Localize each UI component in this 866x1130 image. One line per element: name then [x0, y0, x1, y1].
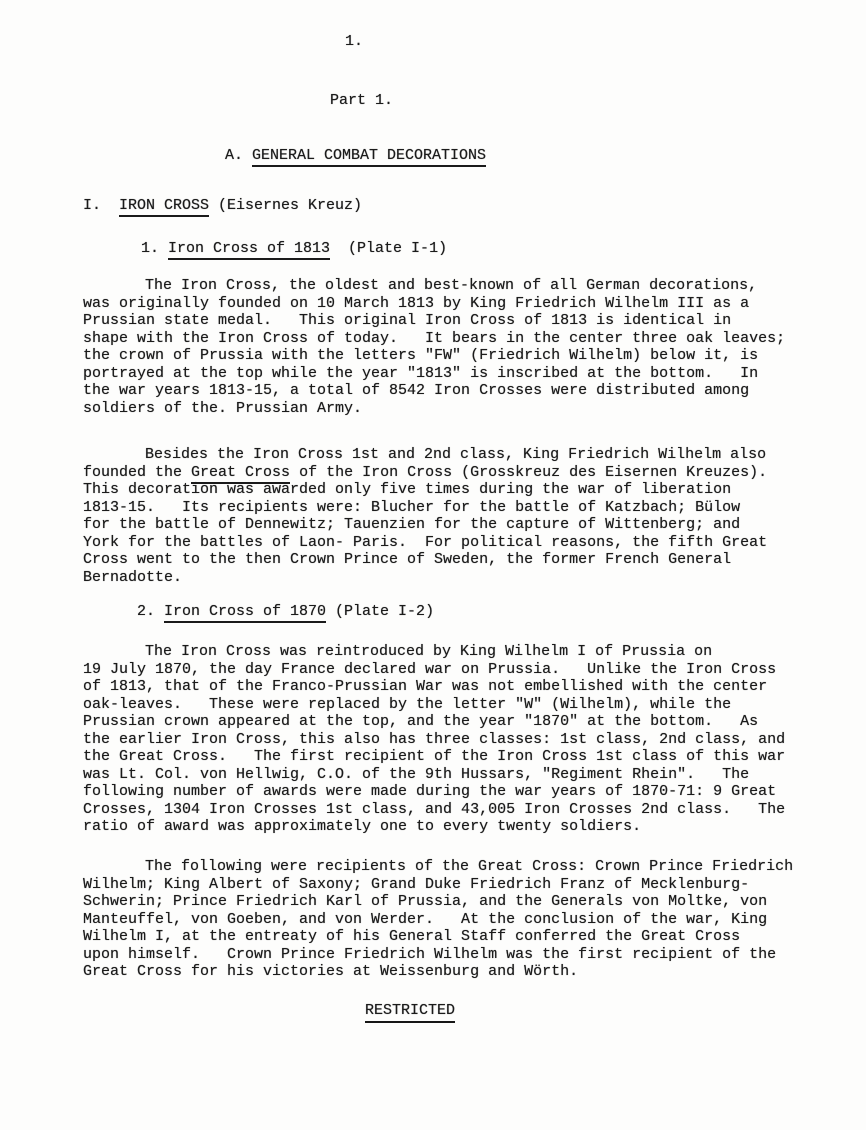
classification-marking: RESTRICTED: [365, 1002, 866, 1020]
page-number: 1.: [345, 33, 866, 51]
paragraph-great-cross: Besides the Iron Cross 1st and 2nd class…: [83, 446, 798, 586]
section-heading-title: GENERAL COMBAT DECORATIONS: [252, 147, 486, 167]
paragraph-iron-cross-1870: The Iron Cross was reintroduced by King …: [83, 643, 798, 836]
part-title: Part 1.: [330, 92, 866, 110]
subsection-1813-prefix: 1.: [141, 240, 168, 257]
topic-heading: I. IRON CROSS (Eisernes Kreuz): [83, 197, 866, 215]
document-page: 1. Part 1. A. GENERAL COMBAT DECORATIONS…: [0, 0, 866, 1130]
subsection-heading-1870: 2. Iron Cross of 1870 (Plate I-2): [137, 603, 866, 621]
paragraph-great-cross-recipients: The following were recipients of the Gre…: [83, 858, 798, 981]
paragraph-great-cross-after: of the Iron Cross (Grosskreuz des Eisern…: [83, 464, 767, 586]
topic-heading-title: IRON CROSS: [119, 197, 209, 217]
subsection-1870-suffix: (Plate I-2): [326, 603, 434, 620]
topic-heading-suffix: (Eisernes Kreuz): [209, 197, 362, 214]
classification-label: RESTRICTED: [365, 1002, 455, 1023]
subsection-1870-title: Iron Cross of 1870: [164, 603, 326, 623]
paragraph-iron-cross-1813: The Iron Cross, the oldest and best-know…: [83, 277, 798, 417]
subsection-1870-prefix: 2.: [137, 603, 164, 620]
section-heading: A. GENERAL COMBAT DECORATIONS: [225, 147, 866, 165]
topic-heading-prefix: I.: [83, 197, 119, 214]
subsection-1813-title: Iron Cross of 1813: [168, 240, 330, 260]
subsection-heading-1813: 1. Iron Cross of 1813 (Plate I-1): [141, 240, 866, 258]
section-heading-prefix: A.: [225, 147, 252, 164]
subsection-1813-suffix: (Plate I-1): [330, 240, 447, 257]
